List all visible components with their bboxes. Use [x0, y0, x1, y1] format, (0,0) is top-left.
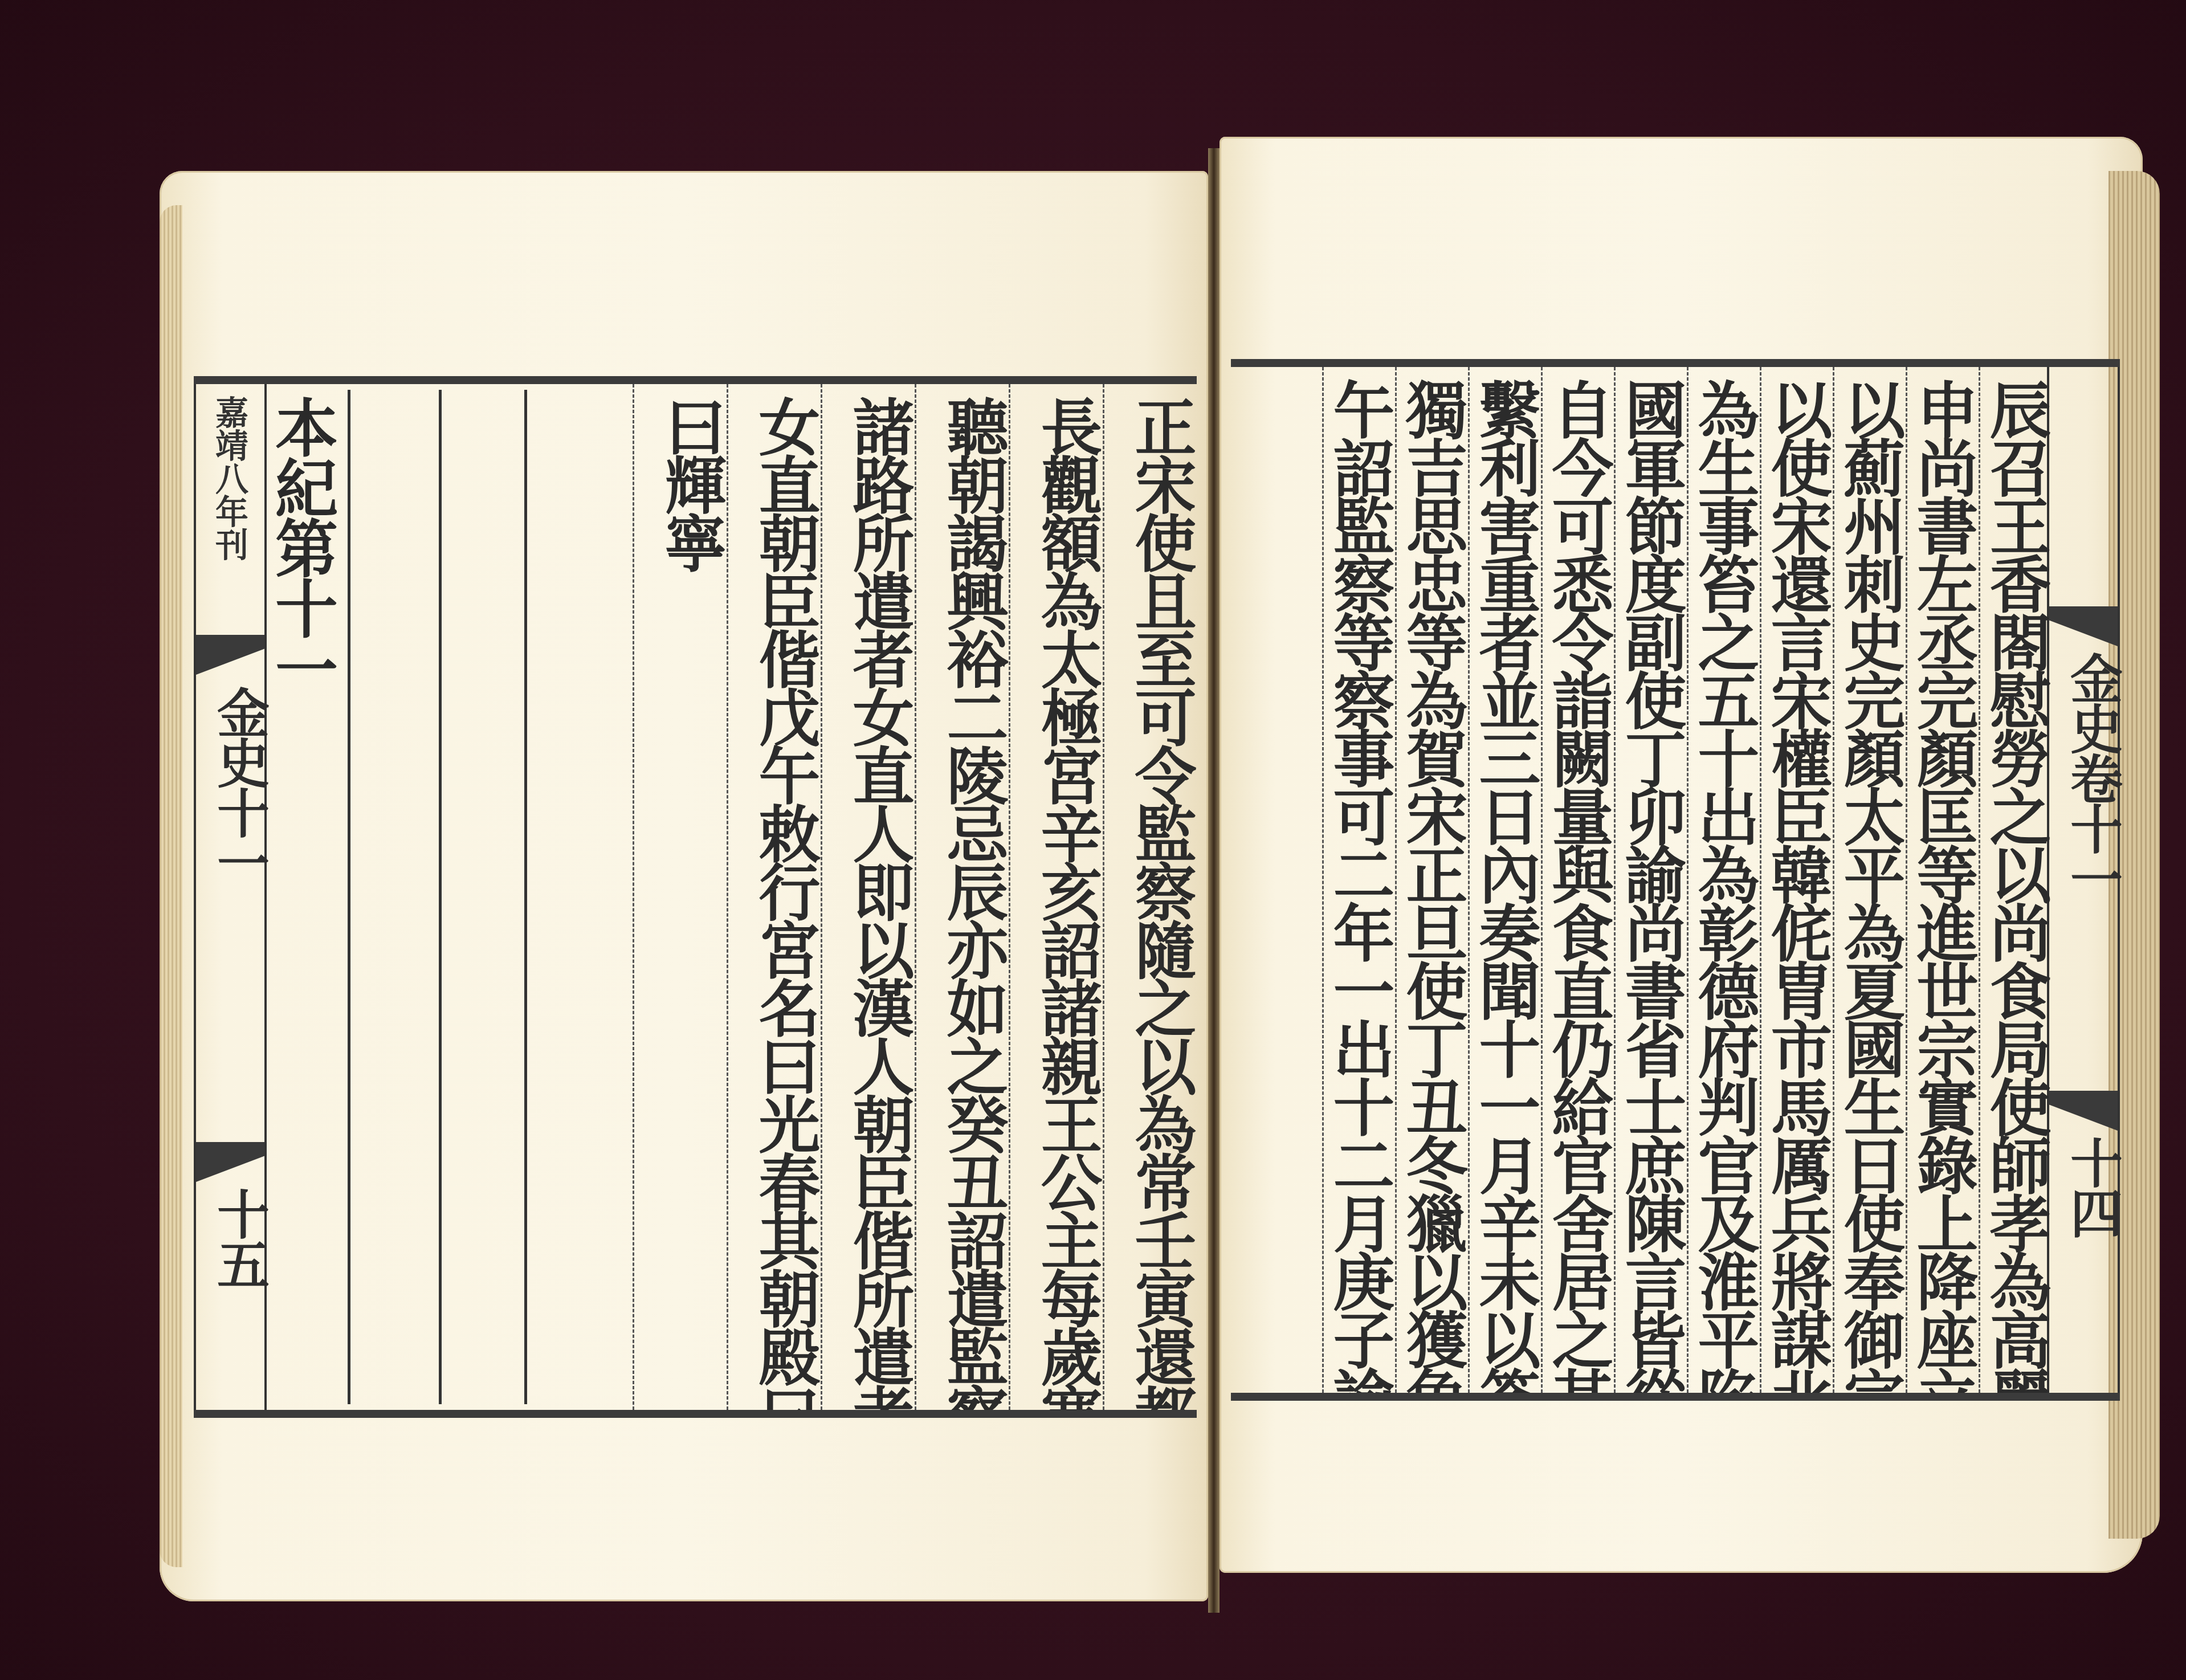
page-number: 十五: [202, 1188, 277, 1288]
banxin-title: 金史卷十一: [2055, 652, 2130, 903]
text-column: 諸路所遣者女直人即以漢人朝臣偕所遣者漢人即以: [821, 384, 915, 1410]
open-book: 金史卷十一 十四 辰召王香閤慰勞之以尚食局使師孝為高麗生日使庚 申尚書左丞完顏匡…: [137, 63, 2097, 1636]
text-column: 正宋使且至可令監察隨之以為常壬寅還都己酉賜天: [1103, 384, 1197, 1410]
banxin-title: 金史十一: [202, 686, 277, 887]
page-edge: [160, 205, 182, 1567]
imprint-note: 嘉靖八年刊: [205, 395, 253, 561]
text-column: 以薊州刺史完顏太平為夏國生日使奉御完顏阿魯帶: [1833, 367, 1906, 1393]
column-rule: [524, 390, 527, 1404]
text-column: 聽朝謁興裕二陵忌辰亦如之癸丑詔遣監察御史分按: [915, 384, 1009, 1410]
text-column: 為生事笞之五十出為彰德府判官及淮平陷乃擢為安: [1687, 367, 1760, 1393]
fishtail-mark-icon: [196, 1142, 264, 1182]
right-page: 金史卷十一 十四 辰召王香閤慰勞之以尚食局使師孝為高麗生日使庚 申尚書左丞完顏匡…: [1220, 137, 2143, 1573]
text-frame: 金史卷十一 十四 辰召王香閤慰勞之以尚食局使師孝為高麗生日使庚 申尚書左丞完顏匡…: [1231, 359, 2120, 1401]
column-rule: [439, 390, 442, 1404]
text-column: 獨吉思忠等為賀宋正旦使丁丑冬獵以獲兔薦山陵甲: [1395, 367, 1468, 1393]
text-columns: 辰召王香閤慰勞之以尚食局使師孝為高麗生日使庚 申尚書左丞完顏匡等進世宗實錄上降座…: [1322, 367, 2052, 1393]
text-columns: 正宋使且至可令監察隨之以為常壬寅還都己酉賜天 長觀額為太極宮辛亥詔諸親王公主每歲…: [627, 384, 1197, 1410]
text-column: 女直朝臣偕戊午敕行宮名曰光春其朝殿曰蘭皐寢殿: [727, 384, 821, 1410]
text-column: 以使宋還言宋權臣韓侂胄市馬厲兵將謀北侵上怒以: [1760, 367, 1833, 1393]
text-column: 長觀額為太極宮辛亥詔諸親王公主每歲寒食十月朔: [1009, 384, 1103, 1410]
left-page: 金史十一 十五 嘉靖八年刊 本紀第十一 正宋使且至可令監察隨之以為常壬寅還都己酉…: [160, 171, 1208, 1601]
text-frame: 金史十一 十五 嘉靖八年刊 本紀第十一 正宋使且至可令監察隨之以為常壬寅還都己酉…: [194, 376, 1197, 1418]
text-column: 申尚書左丞完顏匡等進世宗實錄上降座立受之壬戌: [1906, 367, 1979, 1393]
text-column: 國軍節度副使丁卯諭尚書省士庶陳言皆從所司以聞: [1614, 367, 1687, 1393]
text-column: 曰輝寧: [633, 384, 727, 1410]
text-column: 繫利害重者並三日內奏聞十一月辛未以簽樞密院事: [1468, 367, 1541, 1393]
text-column: 自今可悉令詣闕量與食直仍給官舍居之其言切直及: [1541, 367, 1614, 1393]
banxin-center-column: 金史卷十一 十四: [2047, 367, 2120, 1393]
fishtail-mark-icon: [2049, 1091, 2118, 1131]
chapter-title: 本紀第十一: [256, 395, 346, 698]
book-gutter: [1208, 148, 1220, 1613]
text-column: 午詔監察等察事可二年一出十二月庚子諭宰臣曰賀: [1322, 367, 1395, 1393]
page-number: 十四: [2055, 1136, 2130, 1237]
text-column: 辰召王香閤慰勞之以尚食局使師孝為高麗生日使庚: [1979, 367, 2052, 1393]
fishtail-mark-icon: [196, 635, 264, 675]
column-rule: [348, 390, 350, 1404]
fishtail-mark-icon: [2049, 606, 2118, 646]
